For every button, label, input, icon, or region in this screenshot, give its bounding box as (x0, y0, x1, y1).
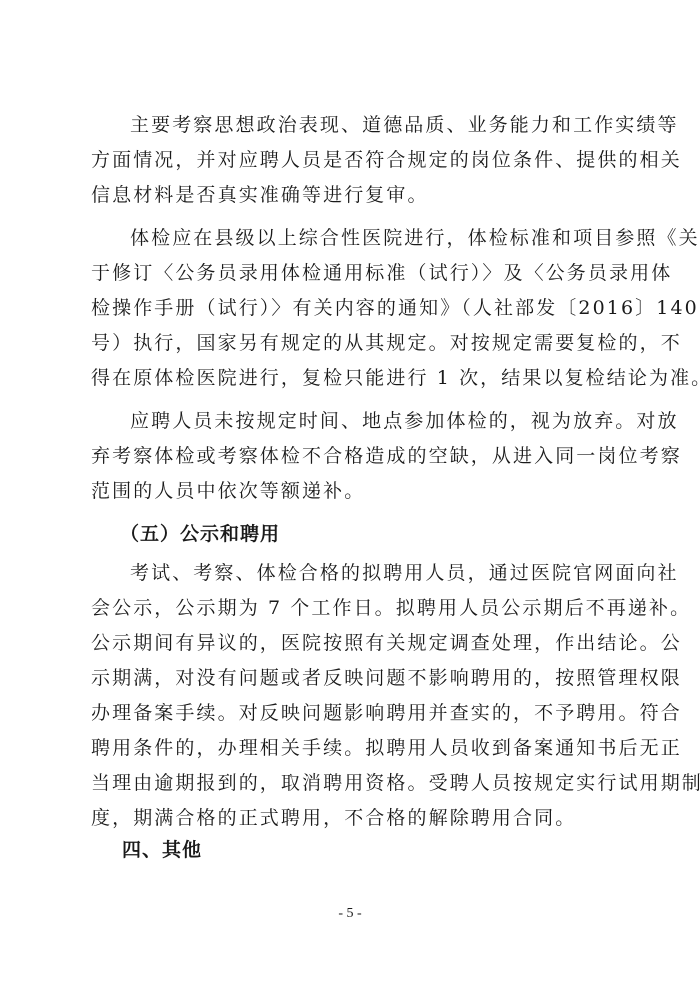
section-heading-five: （五）公示和聘用 (120, 522, 280, 546)
paragraph-line: 当理由逾期报到的，取消聘用资格。受聘人员按规定实行试用期制 (91, 771, 611, 795)
paragraph-line: 度，期满合格的正式聘用，不合格的解除聘用合同。 (91, 806, 611, 830)
paragraph-line: 聘用条件的，办理相关手续。拟聘用人员收到备案通知书后无正 (91, 736, 611, 760)
paragraph-line: 公示期间有异议的，医院按照有关规定调查处理，作出结论。公 (91, 631, 611, 655)
paragraph-line: 应聘人员未按规定时间、地点参加体检的，视为放弃。对放 (130, 409, 611, 433)
paragraph-line: 得在原体检医院进行，复检只能进行 1 次，结果以复检结论为准。 (91, 366, 611, 390)
paragraph-line: 弃考察体检或考察体检不合格造成的空缺，从进入同一岗位考察 (91, 444, 611, 468)
page-number: - 5 - (0, 906, 700, 922)
paragraph-line: 会公示，公示期为 7 个工作日。拟聘用人员公示期后不再递补。 (91, 596, 611, 620)
paragraph-line: 示期满，对没有问题或者反映问题不影响聘用的，按照管理权限 (91, 666, 611, 690)
paragraph-line: 检操作手册（试行）〉有关内容的通知》（人社部发〔2016〕140 (91, 296, 611, 320)
paragraph-line: 办理备案手续。对反映问题影响聘用并查实的，不予聘用。符合 (91, 701, 611, 725)
section-heading-four: 四、其他 (122, 838, 202, 862)
document-page: 主要考察思想政治表现、道德品质、业务能力和工作实绩等 方面情况，并对应聘人员是否… (0, 0, 700, 989)
paragraph-line: 于修订〈公务员录用体检通用标准（试行）〉及〈公务员录用体 (91, 261, 611, 285)
paragraph-line: 方面情况，并对应聘人员是否符合规定的岗位条件、提供的相关 (91, 148, 611, 172)
paragraph-line: 主要考察思想政治表现、道德品质、业务能力和工作实绩等 (130, 113, 611, 137)
paragraph-line: 范围的人员中依次等额递补。 (91, 479, 611, 503)
paragraph-line: 号）执行，国家另有规定的从其规定。对按规定需要复检的，不 (91, 331, 611, 355)
paragraph-line: 信息材料是否真实准确等进行复审。 (91, 183, 611, 207)
paragraph-line: 体检应在县级以上综合性医院进行，体检标准和项目参照《关 (130, 226, 611, 250)
paragraph-line: 考试、考察、体检合格的拟聘用人员，通过医院官网面向社 (130, 561, 611, 585)
